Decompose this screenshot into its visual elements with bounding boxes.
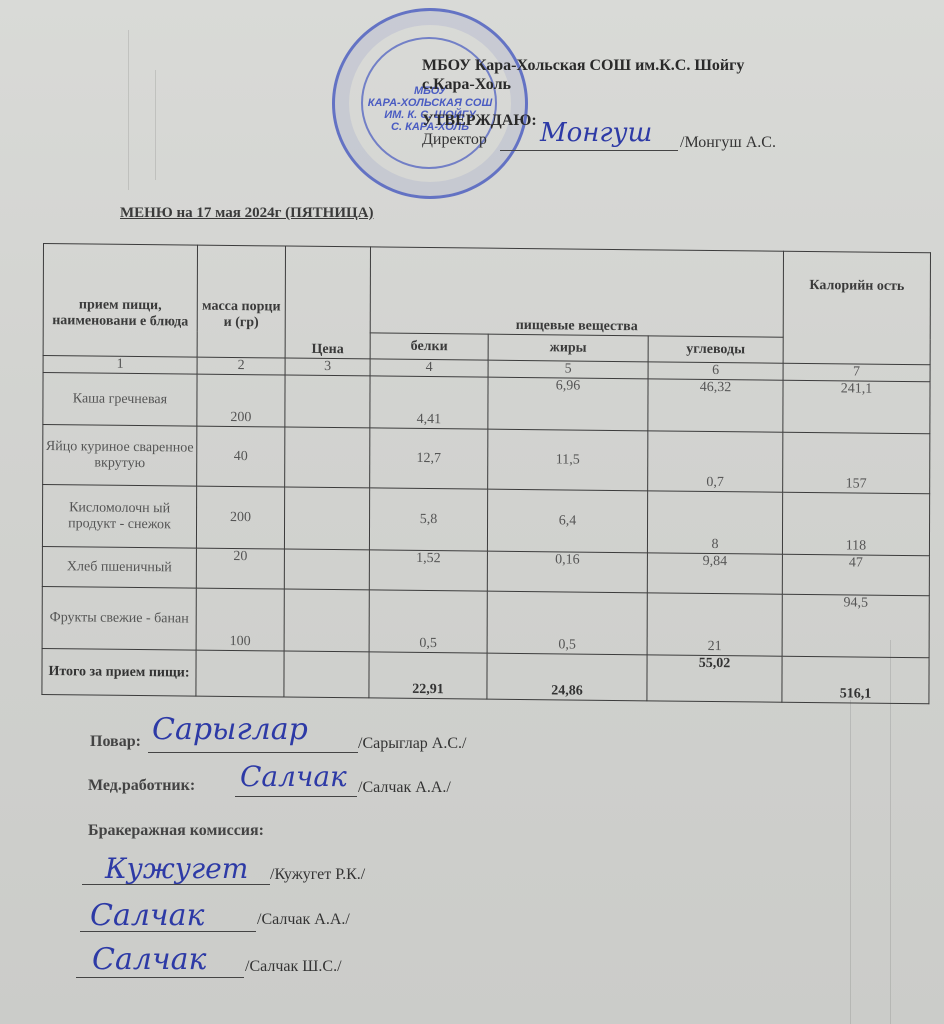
commission-member-name: /Кужугет Р.К./ [270, 866, 365, 884]
table-row: Кисломолочн ый продукт - снежок 200 5,8 … [42, 484, 929, 555]
dish-price [285, 375, 370, 428]
dish-name: Хлеб пшеничный [42, 546, 196, 588]
header-nutrients: пищевые вещества [370, 247, 783, 337]
total-carbs: 55,02 [647, 655, 782, 702]
paper-streak [155, 70, 156, 180]
medic-signature-line [235, 796, 357, 797]
medic-signature: Салчак [240, 760, 347, 793]
table-row: Яйцо куриное сваренное вкрутую 40 12,7 1… [43, 424, 930, 493]
menu-title: МЕНЮ на 17 мая 2024г (ПЯТНИЦА) [120, 205, 373, 222]
column-number: 6 [648, 362, 783, 380]
dish-protein: 0,5 [369, 590, 487, 653]
cook-label: Повар: [90, 733, 141, 751]
director-signature-line [500, 150, 678, 151]
commission-member-name: /Салчак А.А./ [257, 911, 350, 929]
org-name: МБОУ Кара-Хольская СОШ им.К.С. Шойгу [422, 57, 744, 75]
dish-mass: 40 [197, 426, 285, 487]
dish-calories: 47 [782, 554, 929, 596]
dish-fat: 6,4 [487, 489, 647, 553]
dish-fat: 0,16 [487, 551, 647, 593]
total-protein: 22,91 [369, 652, 487, 699]
director-signature: Монгуш [540, 118, 652, 148]
dish-price [285, 427, 370, 488]
dish-protein: 4,41 [370, 376, 488, 429]
commission-signature: Кужугет [105, 852, 248, 885]
dish-mass: 200 [197, 374, 285, 427]
header-meal: прием пищи, наименовани е блюда [43, 244, 197, 358]
commission-signature: Салчак [90, 898, 204, 933]
header-price: Цена [285, 246, 370, 359]
dish-fat: 11,5 [488, 429, 648, 491]
column-number: 3 [285, 358, 370, 376]
dish-price [284, 487, 369, 550]
director-label: Директор [422, 131, 487, 149]
dish-mass: 20 [196, 548, 284, 589]
dish-carbs: 46,32 [648, 379, 783, 432]
header-mass: масса порци и (гр) [197, 245, 285, 358]
dish-name: Кисломолочн ый продукт - снежок [42, 484, 196, 548]
dish-calories: 241,1 [783, 380, 930, 434]
total-label: Итого за прием пищи: [42, 648, 196, 696]
total-calories: 516,1 [782, 656, 929, 704]
column-number: 7 [783, 363, 930, 382]
dish-carbs: 9,84 [647, 553, 782, 594]
column-number: 4 [370, 359, 488, 377]
menu-table: прием пищи, наименовани е блюда масса по… [41, 243, 931, 704]
dish-price [284, 549, 369, 590]
dish-name: Фрукты свежие - банан [42, 586, 196, 650]
dish-fat: 6,96 [488, 377, 648, 431]
table-row: Каша гречневая 200 4,41 6,96 46,32 241,1 [43, 373, 930, 434]
header-carbs: углеводы [648, 336, 783, 363]
director-name: /Монгуш А.С. [680, 134, 776, 152]
dish-protein: 1,52 [369, 550, 487, 591]
column-number: 1 [43, 356, 197, 375]
header-fat: жиры [488, 334, 648, 362]
medic-name: /Салчак А.А./ [358, 779, 451, 797]
approve-label: УТВЕРЖДАЮ: [422, 112, 537, 130]
locality: с.Кара-Холь [422, 76, 511, 94]
dish-fat: 0,5 [487, 591, 647, 655]
cook-signature: Сарыглар [152, 712, 308, 747]
dish-name: Каша гречневая [43, 373, 197, 427]
dish-name: Яйцо куриное сваренное вкрутую [43, 424, 197, 486]
cook-signature-line [148, 752, 358, 753]
paper-streak [128, 30, 129, 190]
total-mass [196, 650, 284, 697]
total-fat: 24,86 [487, 653, 647, 701]
table-row: Фрукты свежие - банан 100 0,5 0,5 21 94,… [42, 586, 929, 657]
dish-protein: 12,7 [370, 428, 488, 489]
header-calories: Калорийн ость [783, 251, 930, 365]
total-price [284, 651, 369, 698]
dish-carbs: 8 [647, 491, 782, 554]
dish-protein: 5,8 [369, 488, 487, 551]
commission-label: Бракеражная комиссия: [88, 822, 264, 840]
dish-carbs: 0,7 [648, 431, 783, 492]
dish-price [284, 589, 369, 652]
commission-signature-line [76, 977, 244, 978]
column-number: 5 [488, 360, 648, 379]
commission-signature: Салчак [92, 942, 206, 977]
dish-calories: 157 [783, 432, 930, 494]
medic-label: Мед.работник: [88, 777, 195, 795]
dish-calories: 118 [782, 492, 929, 556]
cook-name: /Сарыглар А.С./ [358, 735, 466, 753]
dish-mass: 100 [196, 588, 284, 651]
paper-streak [850, 700, 851, 1024]
column-number: 2 [197, 357, 285, 375]
commission-member-name: /Салчак Ш.С./ [245, 958, 342, 976]
total-row: Итого за прием пищи: 22,91 24,86 55,02 5… [42, 648, 929, 703]
dish-carbs: 21 [647, 593, 782, 656]
dish-mass: 200 [196, 486, 284, 549]
stamp-line: КАРА-ХОЛЬСКАЯ СОШ [335, 97, 525, 109]
dish-calories: 94,5 [782, 594, 929, 658]
header-protein: белки [370, 333, 488, 360]
official-stamp: МБОУ КАРА-ХОЛЬСКАЯ СОШ ИМ. К. С. ШОЙГУ С… [332, 8, 528, 199]
